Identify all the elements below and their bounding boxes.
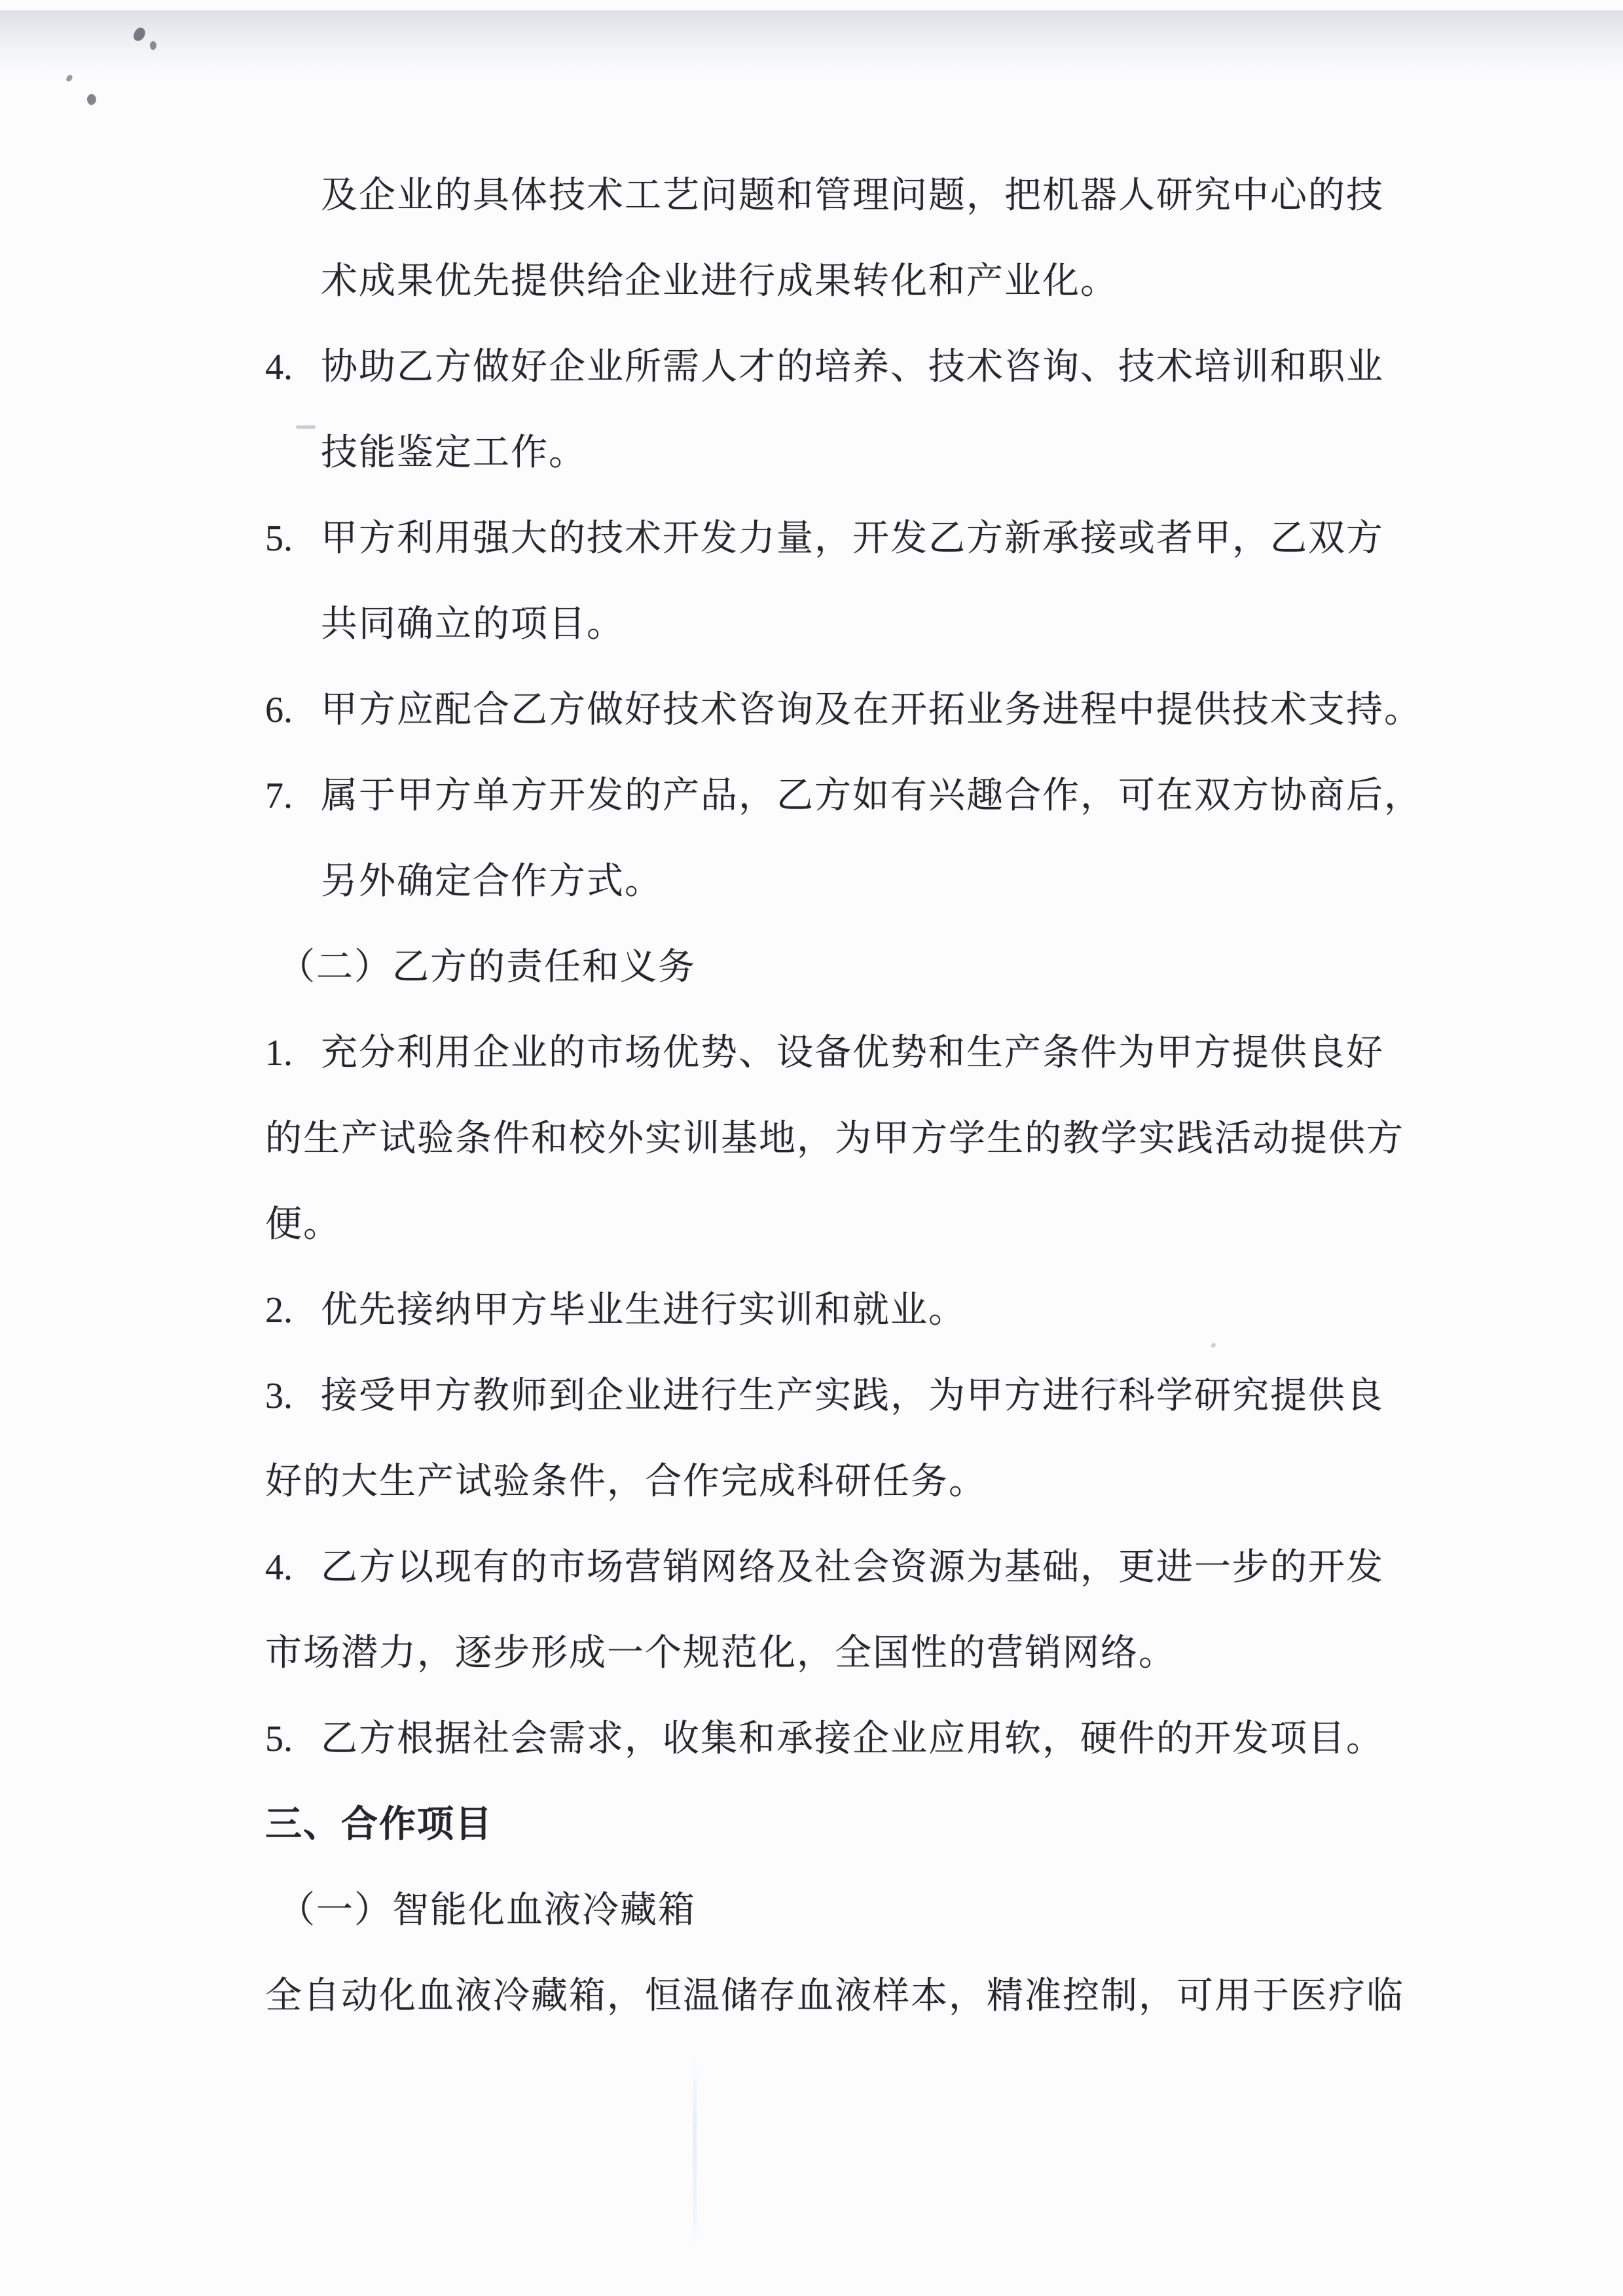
continuation-flush-line: 好的大生产试验条件，合作完成科研任务。 <box>265 1462 987 1502</box>
document-page: 及企业的具体技术工艺问题和管理问题，把机器人研究中心的技术成果优先提供给企业进行… <box>0 0 1623 2296</box>
line-text: 另外确定合作方式。 <box>321 861 663 902</box>
list-item-marker: 4. <box>265 347 321 387</box>
line-text: 乙方根据社会需求，收集和承接企业应用软，硬件的开发项目。 <box>321 1719 1384 1759</box>
pencil-mark <box>296 425 316 429</box>
line-text: 充分利用企业的市场优势、设备优势和生产条件为甲方提供良好 <box>321 1033 1384 1073</box>
scan-speck <box>86 93 98 106</box>
line-text: 甲方利用强大的技术开发力量，开发乙方新承接或者甲，乙双方 <box>321 518 1384 559</box>
list-item-marker: 6. <box>265 690 321 730</box>
line-text: 协助乙方做好企业所需人才的培养、技术咨询、技术培训和职业 <box>321 347 1384 387</box>
scan-streak <box>693 2055 697 2251</box>
subsection-heading-line: （二）乙方的责任和义务 <box>278 947 696 988</box>
continuation-indented-line: 及企业的具体技术工艺问题和管理问题，把机器人研究中心的技 <box>321 175 1384 216</box>
list-item-marker: 4. <box>265 1547 321 1588</box>
line-text: 甲方应配合乙方做好技术咨询及在开拓业务进程中提供技术支持。 <box>321 690 1422 730</box>
list-item-line: 1.充分利用企业的市场优势、设备优势和生产条件为甲方提供良好 <box>265 1033 1384 1073</box>
line-text: 及企业的具体技术工艺问题和管理问题，把机器人研究中心的技 <box>321 175 1384 216</box>
continuation-flush-line: 便。 <box>265 1204 341 1245</box>
continuation-indented-line: 术成果优先提供给企业进行成果转化和产业化。 <box>321 261 1118 302</box>
line-text: 三、合作项目 <box>265 1804 493 1845</box>
line-text: （一）智能化血液冷藏箱 <box>278 1890 696 1931</box>
list-item-marker: 5. <box>265 518 321 559</box>
paragraph-line: 全自动化血液冷藏箱，恒温储存血液样本，精准控制，可用于医疗临 <box>265 1976 1404 2017</box>
list-item-line: 7.属于甲方单方开发的产品，乙方如有兴趣合作，可在双方协商后， <box>265 776 1422 816</box>
list-item-marker: 3. <box>265 1376 321 1416</box>
scan-edge-shading <box>0 10 1623 76</box>
continuation-flush-line: 的生产试验条件和校外实训基地，为甲方学生的教学实践活动提供方 <box>265 1119 1404 1159</box>
list-item-marker: 2. <box>265 1290 321 1331</box>
list-item-marker: 7. <box>265 776 321 816</box>
continuation-indented-line: 另外确定合作方式。 <box>321 861 663 902</box>
line-text: 的生产试验条件和校外实训基地，为甲方学生的教学实践活动提供方 <box>265 1119 1404 1159</box>
line-text: 技能鉴定工作。 <box>321 433 587 473</box>
list-item-line: 6.甲方应配合乙方做好技术咨询及在开拓业务进程中提供技术支持。 <box>265 690 1422 730</box>
continuation-indented-line: 共同确立的项目。 <box>321 604 625 645</box>
list-item-line: 4.乙方以现有的市场营销网络及社会资源为基础，更进一步的开发 <box>265 1547 1384 1588</box>
list-item-line: 4.协助乙方做好企业所需人才的培养、技术咨询、技术培训和职业 <box>265 347 1384 387</box>
line-text: 属于甲方单方开发的产品，乙方如有兴趣合作，可在双方协商后， <box>321 776 1422 816</box>
list-item-line: 3.接受甲方教师到企业进行生产实践，为甲方进行科学研究提供良 <box>265 1376 1384 1416</box>
line-text: 术成果优先提供给企业进行成果转化和产业化。 <box>321 261 1118 302</box>
list-item-line: 2.优先接纳甲方毕业生进行实训和就业。 <box>265 1290 966 1331</box>
list-item-marker: 5. <box>265 1719 321 1759</box>
continuation-indented-line: 技能鉴定工作。 <box>321 433 587 473</box>
line-text: 全自动化血液冷藏箱，恒温储存血液样本，精准控制，可用于医疗临 <box>265 1976 1404 2017</box>
list-item-marker: 1. <box>265 1033 321 1073</box>
subsection-heading-line: （一）智能化血液冷藏箱 <box>278 1890 696 1931</box>
scan-speck <box>1211 1343 1216 1348</box>
line-text: （二）乙方的责任和义务 <box>278 947 696 988</box>
list-item-line: 5.乙方根据社会需求，收集和承接企业应用软，硬件的开发项目。 <box>265 1719 1384 1759</box>
line-text: 乙方以现有的市场营销网络及社会资源为基础，更进一步的开发 <box>321 1547 1384 1588</box>
line-text: 市场潜力，逐步形成一个规范化，全国性的营销网络。 <box>265 1633 1176 1674</box>
continuation-flush-line: 市场潜力，逐步形成一个规范化，全国性的营销网络。 <box>265 1633 1176 1674</box>
line-text: 优先接纳甲方毕业生进行实训和就业。 <box>321 1290 966 1331</box>
section-heading-line: 三、合作项目 <box>265 1804 493 1845</box>
line-text: 接受甲方教师到企业进行生产实践，为甲方进行科学研究提供良 <box>321 1376 1384 1416</box>
line-text: 共同确立的项目。 <box>321 604 625 645</box>
line-text: 便。 <box>265 1204 341 1245</box>
line-text: 好的大生产试验条件，合作完成科研任务。 <box>265 1462 987 1502</box>
list-item-line: 5.甲方利用强大的技术开发力量，开发乙方新承接或者甲，乙双方 <box>265 518 1384 559</box>
